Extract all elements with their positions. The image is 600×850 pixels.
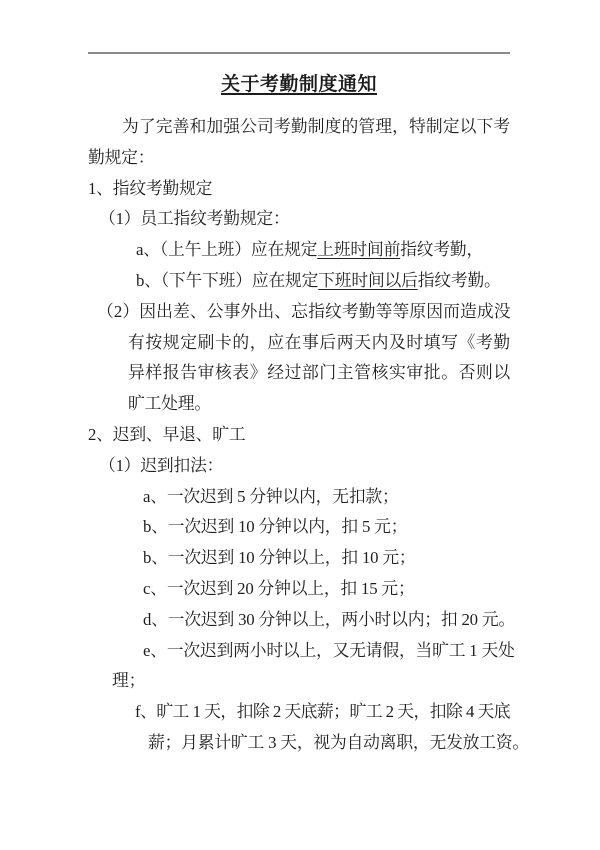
underlined-text: 下班时间以后 <box>318 271 418 290</box>
text-line: 旷工处理。 <box>88 389 510 420</box>
text-line: b、一次迟到 10 分钟以内，扣 5 元； <box>88 512 510 543</box>
text-line: 1、指纹考勤规定 <box>88 174 510 205</box>
text-line: 2、迟到、早退、旷工 <box>88 420 510 451</box>
text-segment: b、（下午下班）应在规定 <box>136 271 318 290</box>
text-segment: 指纹考勤。 <box>418 271 501 290</box>
text-line: 薪；月累计旷工 3 天，视为自动离职，无发放工资。 <box>88 728 510 759</box>
text-segment: 指纹考勤， <box>400 240 483 259</box>
text-line: 理； <box>88 666 510 697</box>
underlined-text: 上班时间前 <box>317 240 400 259</box>
text-line: b、（下午下班）应在规定下班时间以后指纹考勤。 <box>88 266 510 297</box>
document-title: 关于考勤制度通知 <box>88 72 510 98</box>
text-line: d、一次迟到 30 分钟以上，两小时以内；扣 20 元。 <box>88 605 510 636</box>
document-body: 为了完善和加强公司考勤制度的管理，特制定以下考勤规定：1、指纹考勤规定（1）员工… <box>88 112 510 759</box>
text-line: c、一次迟到 20 分钟以上，扣 15 元； <box>88 574 510 605</box>
text-line: 有按规定刷卡的，应在事后两天内及时填写《考勤 <box>88 328 510 359</box>
text-line: a、（上午上班）应在规定上班时间前指纹考勤， <box>88 235 510 266</box>
text-line: （1）迟到扣法： <box>88 451 510 482</box>
text-line: 异样报告审核表》经过部门主管核实审批。否则以 <box>88 358 510 389</box>
text-segment: a、（上午上班）应在规定 <box>136 240 317 259</box>
text-line: e、一次迟到两小时以上，又无请假，当旷工 1 天处 <box>88 636 510 667</box>
text-line: a、一次迟到 5 分钟以内，无扣款； <box>88 482 510 513</box>
text-line: 为了完善和加强公司考勤制度的管理，特制定以下考 <box>88 112 510 143</box>
document-page: 关于考勤制度通知 为了完善和加强公司考勤制度的管理，特制定以下考勤规定：1、指纹… <box>0 0 600 850</box>
text-line: （2）因出差、公事外出、忘指纹考勤等等原因而造成没 <box>88 297 510 328</box>
text-line: 勤规定： <box>88 143 510 174</box>
text-line: f、旷工 1 天，扣除 2 天底薪；旷工 2 天，扣除 4 天底 <box>88 697 510 728</box>
header-rule <box>88 52 510 54</box>
text-line: b、一次迟到 10 分钟以上，扣 10 元； <box>88 543 510 574</box>
text-line: （1）员工指纹考勤规定： <box>88 204 510 235</box>
